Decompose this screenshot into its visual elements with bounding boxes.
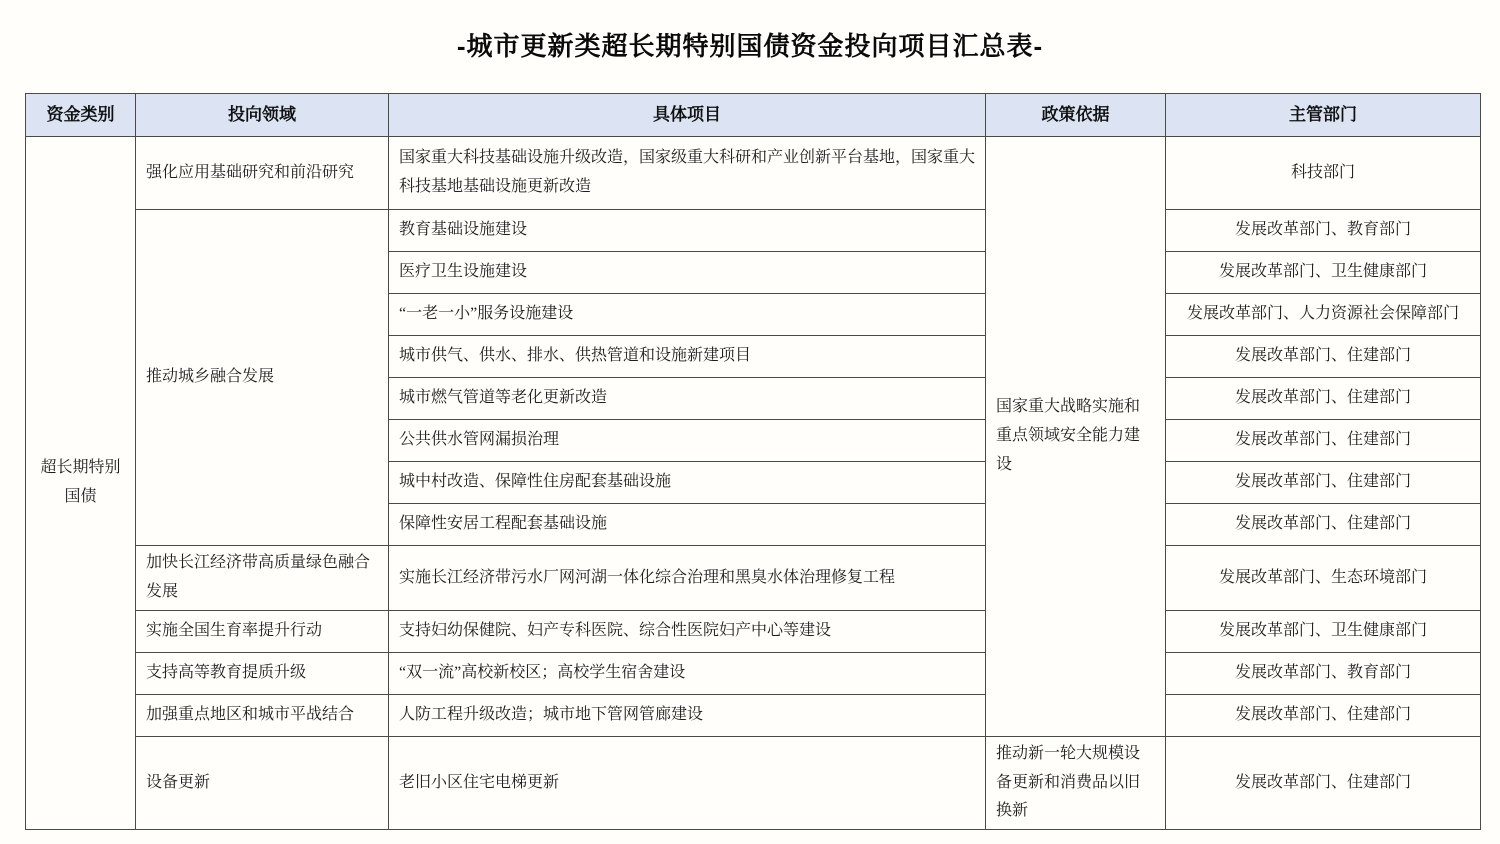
page-title: -城市更新类超长期特别国债资金投向项目汇总表-: [0, 0, 1500, 63]
cell-project: 人防工程升级改造；城市地下管网管廊建设: [389, 695, 986, 737]
cell-department: 发展改革部门、卫生健康部门: [1166, 611, 1481, 653]
cell-project: “一老一小”服务设施建设: [389, 294, 986, 336]
cell-project: 公共供水管网漏损治理: [389, 420, 986, 462]
cell-department: 发展改革部门、住建部门: [1166, 695, 1481, 737]
cell-department: 发展改革部门、住建部门: [1166, 336, 1481, 378]
cell-project: 支持妇幼保健院、妇产专科医院、综合性医院妇产中心等建设: [389, 611, 986, 653]
cell-department: 发展改革部门、住建部门: [1166, 420, 1481, 462]
cell-field-higher-education-upgrade: 支持高等教育提质升级: [136, 653, 389, 695]
cell-policy-major-strategy: 国家重大战略实施和重点领域安全能力建设: [986, 137, 1166, 737]
cell-field-fertility-improvement: 实施全国生育率提升行动: [136, 611, 389, 653]
column-header-fund-category: 资金类别: [26, 94, 136, 137]
table-row: 超长期特别国债 强化应用基础研究和前沿研究 国家重大科技基础设施升级改造，国家级…: [26, 137, 1481, 210]
cell-field-urban-rural-integration: 推动城乡融合发展: [136, 210, 389, 546]
cell-project: 教育基础设施建设: [389, 210, 986, 252]
cell-department: 发展改革部门、卫生健康部门: [1166, 252, 1481, 294]
table-row: 实施全国生育率提升行动 支持妇幼保健院、妇产专科医院、综合性医院妇产中心等建设 …: [26, 611, 1481, 653]
cell-department: 发展改革部门、住建部门: [1166, 737, 1481, 830]
table-header-row: 资金类别 投向领域 具体项目 政策依据 主管部门: [26, 94, 1481, 137]
document-page: -城市更新类超长期特别国债资金投向项目汇总表- 资金类别 投向领域 具体项目 政…: [0, 0, 1500, 844]
cell-project: 老旧小区住宅电梯更新: [389, 737, 986, 830]
cell-department: 发展改革部门、住建部门: [1166, 504, 1481, 546]
cell-department: 发展改革部门、生态环境部门: [1166, 546, 1481, 611]
cell-field-basic-research: 强化应用基础研究和前沿研究: [136, 137, 389, 210]
table-row: 推动城乡融合发展 教育基础设施建设 发展改革部门、教育部门: [26, 210, 1481, 252]
cell-project: 医疗卫生设施建设: [389, 252, 986, 294]
cell-fund-category: 超长期特别国债: [26, 137, 136, 830]
cell-department: 发展改革部门、人力资源社会保障部门: [1166, 294, 1481, 336]
cell-field-equipment-renewal: 设备更新: [136, 737, 389, 830]
column-header-field: 投向领域: [136, 94, 389, 137]
cell-project: 城市燃气管道等老化更新改造: [389, 378, 986, 420]
cell-project: 实施长江经济带污水厂网河湖一体化综合治理和黑臭水体治理修复工程: [389, 546, 986, 611]
cell-project: 城中村改造、保障性住房配套基础设施: [389, 462, 986, 504]
table-row: 加强重点地区和城市平战结合 人防工程升级改造；城市地下管网管廊建设 发展改革部门…: [26, 695, 1481, 737]
cell-project: 保障性安居工程配套基础设施: [389, 504, 986, 546]
table-row: 设备更新 老旧小区住宅电梯更新 推动新一轮大规模设备更新和消费品以旧换新 发展改…: [26, 737, 1481, 830]
cell-department: 科技部门: [1166, 137, 1481, 210]
cell-project: 国家重大科技基础设施升级改造，国家级重大科研和产业创新平台基地，国家重大科技基地…: [389, 137, 986, 210]
cell-project: 城市供气、供水、排水、供热管道和设施新建项目: [389, 336, 986, 378]
summary-table: 资金类别 投向领域 具体项目 政策依据 主管部门 超长期特别国债 强化应用基础研…: [25, 93, 1481, 830]
cell-department: 发展改革部门、住建部门: [1166, 462, 1481, 504]
column-header-policy: 政策依据: [986, 94, 1166, 137]
cell-department: 发展改革部门、教育部门: [1166, 653, 1481, 695]
cell-department: 发展改革部门、教育部门: [1166, 210, 1481, 252]
column-header-department: 主管部门: [1166, 94, 1481, 137]
table-row: 支持高等教育提质升级 “双一流”高校新校区；高校学生宿舍建设 发展改革部门、教育…: [26, 653, 1481, 695]
cell-department: 发展改革部门、住建部门: [1166, 378, 1481, 420]
cell-field-civil-defense-integration: 加强重点地区和城市平战结合: [136, 695, 389, 737]
column-header-project: 具体项目: [389, 94, 986, 137]
cell-field-yangtze-green-development: 加快长江经济带高质量绿色融合发展: [136, 546, 389, 611]
cell-policy-equipment-renewal: 推动新一轮大规模设备更新和消费品以旧换新: [986, 737, 1166, 830]
table-row: 加快长江经济带高质量绿色融合发展 实施长江经济带污水厂网河湖一体化综合治理和黑臭…: [26, 546, 1481, 611]
cell-project: “双一流”高校新校区；高校学生宿舍建设: [389, 653, 986, 695]
